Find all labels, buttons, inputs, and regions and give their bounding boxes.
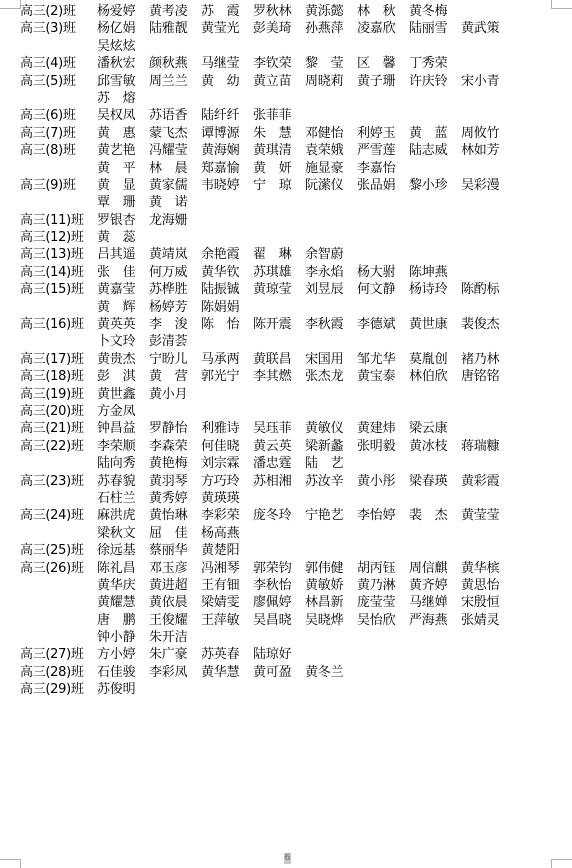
- student-name: 吴怡欣: [357, 612, 409, 629]
- student-name: 黄艺艳: [97, 142, 149, 159]
- student-name: 利婷玉: [357, 125, 409, 142]
- student-name: 李钦荣: [253, 55, 305, 72]
- student-name: 裴俊杰: [461, 316, 513, 333]
- student-names: 黄艺艳冯耀莹黄海娴黄琪清袁荣娥严雪莲陆志威林如芳: [97, 142, 513, 159]
- student-name: 黄英英: [97, 316, 149, 333]
- student-name: 陈娟娟: [201, 299, 253, 316]
- student-name: 黄秀婷: [149, 490, 201, 507]
- student-name: 黄小彤: [357, 473, 409, 490]
- class-row: 高三(6)班吴权凤苏语香陆纤纤张菲菲: [20, 107, 560, 124]
- student-name: 张菲菲: [253, 107, 305, 124]
- student-name: 黄立苗: [253, 73, 305, 90]
- class-label: 高三(8)班: [20, 142, 97, 159]
- student-name: 郑嘉愉: [201, 160, 253, 177]
- class-row-continuation: 苏 熔: [20, 90, 560, 107]
- student-name: 唐 鹏: [97, 612, 149, 629]
- student-name: 苏 熔: [97, 90, 149, 107]
- student-names: 黄英英李 浚陈 怡陈开震李秋霞李德斌黄世康裴俊杰: [97, 316, 513, 333]
- class-label: [20, 194, 97, 211]
- class-row: 高三(22)班李荣顺李森荣何佳晓黄云英梁新蠡张明毅黄冰枝蒋瑞糠: [20, 438, 560, 455]
- student-name: 黄 平: [97, 160, 149, 177]
- student-name: 苏汝辛: [305, 473, 357, 490]
- student-name: 朱开洁: [149, 629, 201, 646]
- student-name: 李 浚: [149, 316, 201, 333]
- class-label: 高三(27)班: [20, 646, 97, 663]
- student-name: 李彩凤: [149, 664, 201, 681]
- student-name: 宁艳艺: [305, 507, 357, 524]
- student-name: 孙燕萍: [305, 20, 357, 37]
- class-row-continuation: 黄 辉杨婷芳陈娟娟: [20, 299, 560, 316]
- student-name: 黎小珍: [409, 177, 461, 194]
- student-names: 卜文玲彭清荟: [97, 333, 201, 350]
- class-row-continuation: 吴炫炫: [20, 38, 560, 55]
- student-name: 林 晨: [149, 160, 201, 177]
- document-page: 高三(2)班杨爱婷黄考凌苏 霞罗秋林黄泺懿林 秋黄冬梅高三(3)班杨亿娟陆雅靓黄…: [0, 0, 572, 868]
- student-name: 潘秋宏: [97, 55, 149, 72]
- student-name: 黄进超: [149, 577, 201, 594]
- student-name: 陈开震: [253, 316, 305, 333]
- student-name: 罗秋林: [253, 3, 305, 20]
- class-label: 高三(19)班: [20, 386, 97, 403]
- student-names: 杨爱婷黄考凌苏 霞罗秋林黄泺懿林 秋黄冬梅: [97, 3, 461, 20]
- student-name: 李德斌: [357, 316, 409, 333]
- class-label: [20, 577, 97, 594]
- student-name: 覃 珊: [97, 194, 149, 211]
- student-name: 黄 显: [97, 177, 149, 194]
- student-name: 许庆铃: [409, 73, 461, 90]
- student-name: 黄耀慧: [97, 594, 149, 611]
- class-row: 高三(15)班黄嘉莹苏桦胜陆振铖黄琼莹刘昱辰何文静杨诗玲陈酌标: [20, 281, 560, 298]
- class-row: 高三(8)班黄艺艳冯耀莹黄海娴黄琪清袁荣娥严雪莲陆志威林如芳: [20, 142, 560, 159]
- student-name: 黄敏娇: [305, 577, 357, 594]
- student-name: 杨大驸: [357, 264, 409, 281]
- student-name: 黄世鑫: [97, 386, 149, 403]
- student-name: 邓玉彦: [149, 560, 201, 577]
- class-label: [20, 594, 97, 611]
- student-names: 唐 鹏王俊耀王萍敏吴昌晓吴晓烨吴怡欣严海燕张婧灵: [97, 612, 513, 629]
- student-names: 李荣顺李森荣何佳晓黄云英梁新蠡张明毅黄冰枝蒋瑞糠: [97, 438, 513, 455]
- student-names: 麻洪虎黄怡琳李彩荣庞冬玲宁艳艺李怡婷裴 杰黄莹莹: [97, 507, 513, 524]
- student-name: 邱雪敏: [97, 73, 149, 90]
- class-label: 高三(5)班: [20, 73, 97, 90]
- student-name: 颜秋燕: [149, 55, 201, 72]
- student-names: 石佳骏李彩凤黄华慧黄可盈黄冬兰: [97, 664, 357, 681]
- student-name: 苏语香: [149, 107, 201, 124]
- student-name: 苏俊明: [97, 681, 149, 698]
- student-name: 苏英春: [201, 646, 253, 663]
- student-names: 黄 惠蒙飞杰谭博源朱 慧邓健怡利婷玉黄 蓝周攸竹: [97, 125, 513, 142]
- class-label: [20, 525, 97, 542]
- student-name: 黄考凌: [149, 3, 201, 20]
- student-names: 徐远基蔡丽华黄楚阳: [97, 542, 253, 559]
- student-name: 宁 琼: [253, 177, 305, 194]
- class-row: 高三(23)班苏春貌黄羽琴方巧玲苏相湘苏汝辛黄小彤梁春瑛黄彩霞: [20, 473, 560, 490]
- class-label: 高三(2)班: [20, 3, 97, 20]
- student-name: 黄 辉: [97, 299, 149, 316]
- student-names: 吴权凤苏语香陆纤纤张菲菲: [97, 107, 305, 124]
- class-row: 高三(2)班杨爱婷黄考凌苏 霞罗秋林黄泺懿林 秋黄冬梅: [20, 3, 560, 20]
- student-names: 黄 平林 晨郑嘉愉黄 妍施显豪李嘉怡: [97, 160, 409, 177]
- student-name: 林昌新: [305, 594, 357, 611]
- student-name: 苏 霞: [201, 3, 253, 20]
- student-name: 梁新蠡: [305, 438, 357, 455]
- student-names: 罗银杏龙海姗: [97, 212, 201, 229]
- student-name: 黄宝泰: [357, 368, 409, 385]
- class-label: [20, 490, 97, 507]
- student-name: 吴晓烨: [305, 612, 357, 629]
- class-row: 高三(4)班潘秋宏颜秋燕马继莹李钦荣黎 莹区 馨丁秀荣: [20, 55, 560, 72]
- student-name: 吴珏菲: [253, 420, 305, 437]
- class-label: [20, 333, 97, 350]
- student-names: 梁秋文屈 佳杨高燕: [97, 525, 253, 542]
- student-name: 张杰龙: [305, 368, 357, 385]
- student-name: 黄华钦: [201, 264, 253, 281]
- student-name: 黄武策: [461, 20, 513, 37]
- class-label: [20, 90, 97, 107]
- class-row: 高三(25)班徐远基蔡丽华黄楚阳: [20, 542, 560, 559]
- student-name: 杨诗玲: [409, 281, 461, 298]
- student-name: 潘忠霆: [253, 455, 305, 472]
- student-name: 石佳骏: [97, 664, 149, 681]
- student-name: 杨亿娟: [97, 20, 149, 37]
- student-name: 李嘉怡: [357, 160, 409, 177]
- student-name: 翟 琳: [253, 246, 305, 263]
- student-name: 吕其遥: [97, 246, 149, 263]
- student-names: 方小婷朱广豪苏英春陆琼好: [97, 646, 305, 663]
- student-names: 黄耀慧黄依晨梁婧雯廖佩婷林昌新庞莹莹马继婵宋殷恒: [97, 594, 513, 611]
- class-row: 高三(29)班苏俊明: [20, 681, 560, 698]
- class-label: [20, 38, 97, 55]
- student-names: 黄 蕊: [97, 229, 149, 246]
- student-name: 利雅诗: [201, 420, 253, 437]
- student-names: 陆向秀黄艳梅刘宗霖潘忠霆陆 艺: [97, 455, 357, 472]
- student-name: 黄冬梅: [409, 3, 461, 20]
- student-name: 朱 慧: [253, 125, 305, 142]
- student-name: 吴权凤: [97, 107, 149, 124]
- student-name: 邓健怡: [305, 125, 357, 142]
- student-names: 潘秋宏颜秋燕马继莹李钦荣黎 莹区 馨丁秀荣: [97, 55, 461, 72]
- student-name: 郭光宁: [201, 368, 253, 385]
- student-name: 李彩荣: [201, 507, 253, 524]
- student-name: 黄小月: [149, 386, 201, 403]
- student-name: 李森荣: [149, 438, 201, 455]
- student-name: 马承两: [201, 351, 253, 368]
- student-name: 马继莹: [201, 55, 253, 72]
- class-row: 高三(19)班黄世鑫黄小月: [20, 386, 560, 403]
- class-label: 高三(21)班: [20, 420, 97, 437]
- student-name: 陆 艺: [305, 455, 357, 472]
- student-name: 梁秋文: [97, 525, 149, 542]
- student-name: 黄 蕊: [97, 229, 149, 246]
- student-name: 吴昌晓: [253, 612, 305, 629]
- student-name: 方巧玲: [201, 473, 253, 490]
- class-label: 高三(12)班: [20, 229, 97, 246]
- student-name: 黄怡琳: [149, 507, 201, 524]
- student-names: 苏春貌黄羽琴方巧玲苏相湘苏汝辛黄小彤梁春瑛黄彩霞: [97, 473, 513, 490]
- student-name: 陈酌标: [461, 281, 513, 298]
- student-name: 黄贵杰: [97, 351, 149, 368]
- student-name: 余智蔚: [305, 246, 357, 263]
- student-name: 黄 诺: [149, 194, 201, 211]
- student-name: 罗银杏: [97, 212, 149, 229]
- student-name: 陆向秀: [97, 455, 149, 472]
- student-name: 庞莹莹: [357, 594, 409, 611]
- student-name: 张 佳: [97, 264, 149, 281]
- class-row: 高三(12)班黄 蕊: [20, 229, 560, 246]
- student-name: 黄 幼: [201, 73, 253, 90]
- student-name: 周兰兰: [149, 73, 201, 90]
- class-label: 高三(24)班: [20, 507, 97, 524]
- class-label: 高三(4)班: [20, 55, 97, 72]
- student-names: 钟昌益罗静怡利雅诗吴珏菲黄敏仪黄建炜梁云康: [97, 420, 461, 437]
- student-name: 陈 怡: [201, 316, 253, 333]
- class-label: [20, 455, 97, 472]
- student-name: 黄冬兰: [305, 664, 357, 681]
- student-name: 蒋瑞糠: [461, 438, 513, 455]
- student-name: 卜文玲: [97, 333, 149, 350]
- student-name: 陈坤燕: [409, 264, 461, 281]
- student-name: 严海燕: [409, 612, 461, 629]
- student-name: 袁荣娥: [305, 142, 357, 159]
- student-name: 韦晓婷: [201, 177, 253, 194]
- class-row: 高三(28)班石佳骏李彩凤黄华慧黄可盈黄冬兰: [20, 664, 560, 681]
- class-row: 高三(5)班邱雪敏周兰兰黄 幼黄立苗周晓莉黄子珊许庆铃宋小青: [20, 73, 560, 90]
- class-label: 高三(13)班: [20, 246, 97, 263]
- student-name: 彭美琦: [253, 20, 305, 37]
- student-name: 林伯欣: [409, 368, 461, 385]
- student-name: 黄艳梅: [149, 455, 201, 472]
- class-roster-list: 高三(2)班杨爱婷黄考凌苏 霞罗秋林黄泺懿林 秋黄冬梅高三(3)班杨亿娟陆雅靓黄…: [20, 3, 560, 699]
- student-name: 余艳霞: [201, 246, 253, 263]
- student-name: 林 秋: [357, 3, 409, 20]
- page-corner-mark: [0, 0, 21, 9]
- student-name: 黄嘉莹: [97, 281, 149, 298]
- student-name: 宋小青: [461, 73, 513, 90]
- student-name: 钟昌益: [97, 420, 149, 437]
- student-name: 黄琼莹: [253, 281, 305, 298]
- student-name: 吴彩漫: [461, 177, 513, 194]
- student-name: 黄思怡: [461, 577, 513, 594]
- student-name: 黄羽琴: [149, 473, 201, 490]
- student-name: 方小婷: [97, 646, 149, 663]
- student-name: 褚乃林: [461, 351, 513, 368]
- class-row: 高三(9)班黄 显黄家儒韦晓婷宁 琼阮潆仪张品娟黎小珍吴彩漫: [20, 177, 560, 194]
- student-name: 黄冰枝: [409, 438, 461, 455]
- class-row: 高三(16)班黄英英李 浚陈 怡陈开震李秋霞李德斌黄世康裴俊杰: [20, 316, 560, 333]
- class-label: 高三(15)班: [20, 281, 97, 298]
- student-name: 黄靖岚: [149, 246, 201, 263]
- student-name: 丁秀荣: [409, 55, 461, 72]
- student-names: 石柱兰黄秀婷黄瑛瑛: [97, 490, 253, 507]
- student-name: 黄华槟: [461, 560, 513, 577]
- student-names: 邱雪敏周兰兰黄 幼黄立苗周晓莉黄子珊许庆铃宋小青: [97, 73, 513, 90]
- student-name: 黄 蓝: [409, 125, 461, 142]
- student-name: 黄瑛瑛: [201, 490, 253, 507]
- student-name: 黄世康: [409, 316, 461, 333]
- student-name: 张品娟: [357, 177, 409, 194]
- student-name: 黄彩霞: [461, 473, 513, 490]
- class-label: 高三(6)班: [20, 107, 97, 124]
- student-name: 何万威: [149, 264, 201, 281]
- class-label: 高三(14)班: [20, 264, 97, 281]
- student-name: 莫胤创: [409, 351, 461, 368]
- class-row: 高三(24)班麻洪虎黄怡琳李彩荣庞冬玲宁艳艺李怡婷裴 杰黄莹莹: [20, 507, 560, 524]
- student-name: 梁云康: [409, 420, 461, 437]
- class-label: [20, 299, 97, 316]
- class-row: 高三(11)班罗银杏龙海姗: [20, 212, 560, 229]
- student-name: 李秋霞: [305, 316, 357, 333]
- student-name: 李怡婷: [357, 507, 409, 524]
- student-name: 彭清荟: [149, 333, 201, 350]
- class-label: 高三(17)班: [20, 351, 97, 368]
- student-name: 苏相湘: [253, 473, 305, 490]
- student-name: 黄依晨: [149, 594, 201, 611]
- student-name: 宋国用: [305, 351, 357, 368]
- student-name: 冯耀莹: [149, 142, 201, 159]
- class-label: 高三(28)班: [20, 664, 97, 681]
- student-name: 黄莹光: [201, 20, 253, 37]
- student-names: 彭 淇黄 营郭光宁李其燃张杰龙黄宝泰林伯欣唐铭铭: [97, 368, 513, 385]
- class-label: 高三(11)班: [20, 212, 97, 229]
- student-name: 李秋怡: [253, 577, 305, 594]
- class-label: [20, 160, 97, 177]
- class-row-continuation: 卜文玲彭清荟: [20, 333, 560, 350]
- student-names: 方金凤: [97, 403, 149, 420]
- student-name: 刘昱辰: [305, 281, 357, 298]
- page-corner-mark: [551, 859, 572, 868]
- class-label: 高三(26)班: [20, 560, 97, 577]
- student-name: 石柱兰: [97, 490, 149, 507]
- student-name: 苏桦胜: [149, 281, 201, 298]
- class-row: 高三(26)班陈礼昌邓玉彦冯湘琴郭荣钧郭伟健胡丙钰周信麒黄华槟: [20, 560, 560, 577]
- class-label: 高三(23)班: [20, 473, 97, 490]
- student-name: 黄联昌: [253, 351, 305, 368]
- student-name: 黄莹莹: [461, 507, 513, 524]
- student-name: 黄家儒: [149, 177, 201, 194]
- student-name: 区 馨: [357, 55, 409, 72]
- student-name: 阮潆仪: [305, 177, 357, 194]
- student-name: 刘宗霖: [201, 455, 253, 472]
- student-names: 张 佳何万威黄华钦苏琪雄李永焰杨大驸陈坤燕: [97, 264, 461, 281]
- student-name: 黄乃淋: [357, 577, 409, 594]
- student-name: 梁春瑛: [409, 473, 461, 490]
- student-name: 李永焰: [305, 264, 357, 281]
- class-row-continuation: 黄耀慧黄依晨梁婧雯廖佩婷林昌新庞莹莹马继婵宋殷恒: [20, 594, 560, 611]
- class-label: 高三(20)班: [20, 403, 97, 420]
- student-name: 何文静: [357, 281, 409, 298]
- student-name: 杨高燕: [201, 525, 253, 542]
- student-name: 钟小静: [97, 629, 149, 646]
- student-name: 胡丙钰: [357, 560, 409, 577]
- student-name: 龙海姗: [149, 212, 201, 229]
- class-row-continuation: 黄华庆黄进超王有钿李秋怡黄敏娇黄乃淋黄齐婷黄思怡: [20, 577, 560, 594]
- student-name: 陈礼昌: [97, 560, 149, 577]
- student-name: 黄 妍: [253, 160, 305, 177]
- student-names: 钟小静朱开洁: [97, 629, 201, 646]
- student-name: 黄子珊: [357, 73, 409, 90]
- student-names: 苏 熔: [97, 90, 149, 107]
- student-name: 陆振铖: [201, 281, 253, 298]
- class-row: 高三(20)班方金凤: [20, 403, 560, 420]
- student-names: 黄 辉杨婷芳陈娟娟: [97, 299, 253, 316]
- student-name: 黎 莹: [305, 55, 357, 72]
- student-name: 黄华庆: [97, 577, 149, 594]
- student-name: 郭伟健: [305, 560, 357, 577]
- student-names: 黄 显黄家儒韦晓婷宁 琼阮潆仪张品娟黎小珍吴彩漫: [97, 177, 513, 194]
- student-name: 陆纤纤: [201, 107, 253, 124]
- student-name: 裴 杰: [409, 507, 461, 524]
- student-name: 吴炫炫: [97, 38, 149, 55]
- class-row-continuation: 石柱兰黄秀婷黄瑛瑛: [20, 490, 560, 507]
- class-label: 高三(18)班: [20, 368, 97, 385]
- student-name: 冯湘琴: [201, 560, 253, 577]
- student-name: 张婧灵: [461, 612, 513, 629]
- student-name: 黄 惠: [97, 125, 149, 142]
- class-row: 高三(3)班杨亿娟陆雅靓黄莹光彭美琦孙燕萍凌嘉欣陆丽雪黄武策: [20, 20, 560, 37]
- class-row: 高三(17)班黄贵杰宁盼儿马承两黄联昌宋国用邹尤华莫胤创褚乃林: [20, 351, 560, 368]
- student-name: 黄云英: [253, 438, 305, 455]
- student-name: 黄泺懿: [305, 3, 357, 20]
- student-name: 李荣顺: [97, 438, 149, 455]
- class-row-continuation: 钟小静朱开洁: [20, 629, 560, 646]
- student-name: 王俊耀: [149, 612, 201, 629]
- class-row: 高三(7)班黄 惠蒙飞杰谭博源朱 慧邓健怡利婷玉黄 蓝周攸竹: [20, 125, 560, 142]
- student-name: 黄建炜: [357, 420, 409, 437]
- student-name: 周攸竹: [461, 125, 513, 142]
- student-name: 陆琼好: [253, 646, 305, 663]
- student-name: 陆志威: [409, 142, 461, 159]
- class-label: 高三(9)班: [20, 177, 97, 194]
- student-name: 黄海娴: [201, 142, 253, 159]
- student-name: 苏春貌: [97, 473, 149, 490]
- student-name: 蒙飞杰: [149, 125, 201, 142]
- student-name: 梁婧雯: [201, 594, 253, 611]
- student-name: 宁盼儿: [149, 351, 201, 368]
- student-name: 凌嘉欣: [357, 20, 409, 37]
- student-name: 施显豪: [305, 160, 357, 177]
- class-row: 高三(27)班方小婷朱广豪苏英春陆琼好: [20, 646, 560, 663]
- class-row-continuation: 梁秋文屈 佳杨高燕: [20, 525, 560, 542]
- student-name: 杨婷芳: [149, 299, 201, 316]
- student-name: 廖佩婷: [253, 594, 305, 611]
- student-name: 罗静怡: [149, 420, 201, 437]
- class-row-continuation: 陆向秀黄艳梅刘宗霖潘忠霆陆 艺: [20, 455, 560, 472]
- student-names: 覃 珊黄 诺: [97, 194, 201, 211]
- class-label: 高三(3)班: [20, 20, 97, 37]
- class-row-continuation: 覃 珊黄 诺: [20, 194, 560, 211]
- student-name: 邹尤华: [357, 351, 409, 368]
- class-label: [20, 629, 97, 646]
- student-name: 王萍敏: [201, 612, 253, 629]
- student-name: 黄 营: [149, 368, 201, 385]
- class-row: 高三(18)班彭 淇黄 营郭光宁李其燃张杰龙黄宝泰林伯欣唐铭铭: [20, 368, 560, 385]
- student-name: 彭 淇: [97, 368, 149, 385]
- class-label: 高三(25)班: [20, 542, 97, 559]
- class-label: [20, 612, 97, 629]
- student-name: 朱广豪: [149, 646, 201, 663]
- class-row: 高三(13)班吕其遥黄靖岚余艳霞翟 琳余智蔚: [20, 246, 560, 263]
- student-name: 陆雅靓: [149, 20, 201, 37]
- page-corner-mark: [0, 859, 21, 868]
- student-name: 陆丽雪: [409, 20, 461, 37]
- student-names: 黄贵杰宁盼儿马承两黄联昌宋国用邹尤华莫胤创褚乃林: [97, 351, 513, 368]
- student-name: 黄敏仪: [305, 420, 357, 437]
- student-names: 苏俊明: [97, 681, 149, 698]
- class-row-continuation: 黄 平林 晨郑嘉愉黄 妍施显豪李嘉怡: [20, 160, 560, 177]
- class-row-continuation: 唐 鹏王俊耀王萍敏吴昌晓吴晓烨吴怡欣严海燕张婧灵: [20, 612, 560, 629]
- student-name: 徐远基: [97, 542, 149, 559]
- student-name: 麻洪虎: [97, 507, 149, 524]
